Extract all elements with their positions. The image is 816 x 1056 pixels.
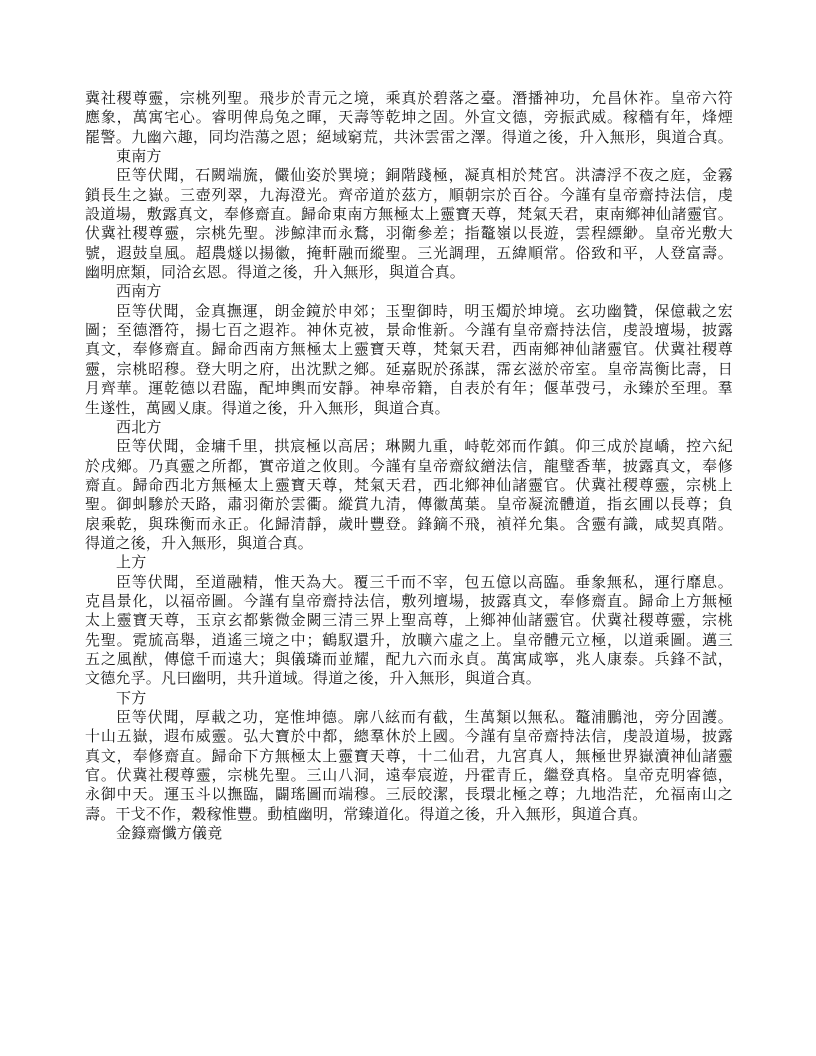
document-page: 冀社稷尊靈，宗桃列聖。飛步於青元之境，乘真於碧落之臺。潛播神功，允昌休祚。皇帝六…	[0, 0, 816, 1056]
text-line: 聖。御虯驂於天路，肅羽衛於雲衢。縱賞九清，傳徽萬葉。皇帝凝流體道，指玄圃以長尊；…	[85, 495, 733, 514]
section-heading: 下方	[85, 689, 733, 708]
text-line: 幽明庶類，同洽玄恩。得道之後，升入無形，與道合真。	[85, 263, 733, 282]
text-line: 生遂性，萬國乂康。得道之後，升入無形，與道合真。	[85, 399, 733, 418]
text-line: 伏冀社稷尊靈，宗桃先聖。涉鯨津而永鶩，羽衛參差；指鼇嶺以長遊，雲程縹緲。皇帝光敷…	[85, 224, 733, 243]
text-line: 扆乘乾，與珠衡而永正。化歸清靜，歲旪豐登。鋒鏑不飛，禎祥允集。含靈有識，咸契真階…	[85, 515, 733, 534]
text-line: 臣等伏聞，至道融精，惟天為大。覆三千而不宰，包五億以高臨。垂象無私，運行靡息。	[85, 573, 733, 592]
text-line: 五之風猷，傳億千而遠大；與儀璘而並耀，配九六而永貞。萬寓咸寧，兆人康泰。兵鋒不試…	[85, 650, 733, 669]
text-line: 先聖。霓旈高舉，逍遙三境之中；鶴馭還升，放曠六虛之上。皇帝體元立極，以道乘圖。邁…	[85, 631, 733, 650]
text-line: 應象，萬寓宅心。睿明俾烏兔之暉，天壽等乾坤之固。外宣文德，旁振武威。稼穡有年，烽…	[85, 108, 733, 127]
text-line: 臣等伏聞，金墉千里，拱宸極以高居；琳闕九重，峙乾郊而作鎮。仰三成於崑嶠，控六紀	[85, 437, 733, 456]
text-line: 齋直。歸命西北方無極太上靈寶天尊，梵氣天君，西北鄉神仙諸靈官。伏冀社稷尊靈，宗桃…	[85, 476, 733, 495]
text-line: 靈，宗桃昭穆。登大明之府，出沈默之鄉。延嘉貺於孫謀，霈玄滋於帝室。皇帝嵩衡比壽，…	[85, 360, 733, 379]
text-line: 永御中天。運玉斗以撫臨，闢瑤圖而端穆。三辰皎潔，長環北極之尊；九地浩茫，允福南山…	[85, 785, 733, 804]
document-text-block: 冀社稷尊靈，宗桃列聖。飛步於青元之境，乘真於碧落之臺。潛播神功，允昌休祚。皇帝六…	[85, 89, 733, 843]
text-line: 冀社稷尊靈，宗桃列聖。飛步於青元之境，乘真於碧落之臺。潛播神功，允昌休祚。皇帝六…	[85, 89, 733, 108]
text-line: 太上靈寶天尊，玉京玄都紫微金闕三清三界上聖高尊，上鄉神仙諸靈官。伏冀社稷尊靈，宗…	[85, 611, 733, 630]
text-line: 真文，奉修齋直。歸命西南方無極太上靈寶天尊，梵氣天君，西南鄉神仙諸靈官。伏冀社稷…	[85, 340, 733, 359]
section-heading: 西南方	[85, 282, 733, 301]
text-line: 臣等伏聞，金真撫運，朗金鏡於申郊；玉聖御時，明玉燭於坤境。玄功幽贊，保億載之宏	[85, 302, 733, 321]
text-line: 克昌景化，以福帝圖。今謹有皇帝齋持法信，敷列壇場，披露真文，奉修齋直。歸命上方無…	[85, 592, 733, 611]
text-line: 罷警。九幽六趣，同均浩蕩之恩；絕域窮荒，共沐雲雷之澤。得道之後，升入無形，與道合…	[85, 128, 733, 147]
text-line: 臣等伏聞，石闕端旒，儼仙姿於巽境；銅階踐極，凝真相於梵宮。洪濤浮不夜之庭，金霧	[85, 166, 733, 185]
text-line: 真文，奉修齋直。歸命下方無極太上靈寶天尊，十二仙君，九宮真人，無極世界嶽瀆神仙諸…	[85, 747, 733, 766]
text-line: 壽。干戈不作，穀稼惟豐。動植幽明，常臻道化。得道之後，升入無形，與道合真。	[85, 805, 733, 824]
text-line: 鎖長生之嶽。三壺列翠，九海澄光。齊帝道於茲方，順朝宗於百谷。今謹有皇帝齋持法信，…	[85, 186, 733, 205]
text-line: 號，遐鼓皇風。超農燧以揚徽，掩軒融而縱聖。三光調理，五緯順常。俗致和平，人登富壽…	[85, 244, 733, 263]
text-line: 於戌鄉。乃真靈之所都，實帝道之攸則。今謹有皇帝齋紋繒法信，龍璧香華，披露真文，奉…	[85, 457, 733, 476]
text-line: 臣等伏聞，厚載之功，寔惟坤德。廓八絃而有截，生萬類以無私。鼇浦鵬池，旁分固護。	[85, 708, 733, 727]
closing-line: 金籙齋懺方儀竟	[85, 824, 733, 843]
text-line: 文德允孚。凡曰幽明，共升道域。得道之後，升入無形，與道合真。	[85, 669, 733, 688]
text-line: 設道場，敷露真文，奉修齋直。歸命東南方無極太上靈寶天尊，梵氣天君，東南鄉神仙諸靈…	[85, 205, 733, 224]
text-line: 十山五嶽，遐布威靈。弘大寶於中都，總羣休於上國。今謹有皇帝齋持法信，虔設道場，披…	[85, 727, 733, 746]
section-heading: 東南方	[85, 147, 733, 166]
text-line: 圖；至德潛符，揚七百之遐祚。神休克被，景命惟新。今謹有皇帝齋持法信，虔設壇場，披…	[85, 321, 733, 340]
text-line: 得道之後，升入無形，與道合真。	[85, 534, 733, 553]
section-heading: 西北方	[85, 418, 733, 437]
text-line: 官。伏冀社稷尊靈，宗桃先聖。三山八洞，遠奉宸遊，丹霍青丘，繼登真格。皇帝克明睿德…	[85, 766, 733, 785]
text-line: 月齊華。運乾德以君臨，配坤輿而安靜。神皋帝籍，自表於有年；偃革弢弓，永臻於至理。…	[85, 379, 733, 398]
section-heading: 上方	[85, 553, 733, 572]
